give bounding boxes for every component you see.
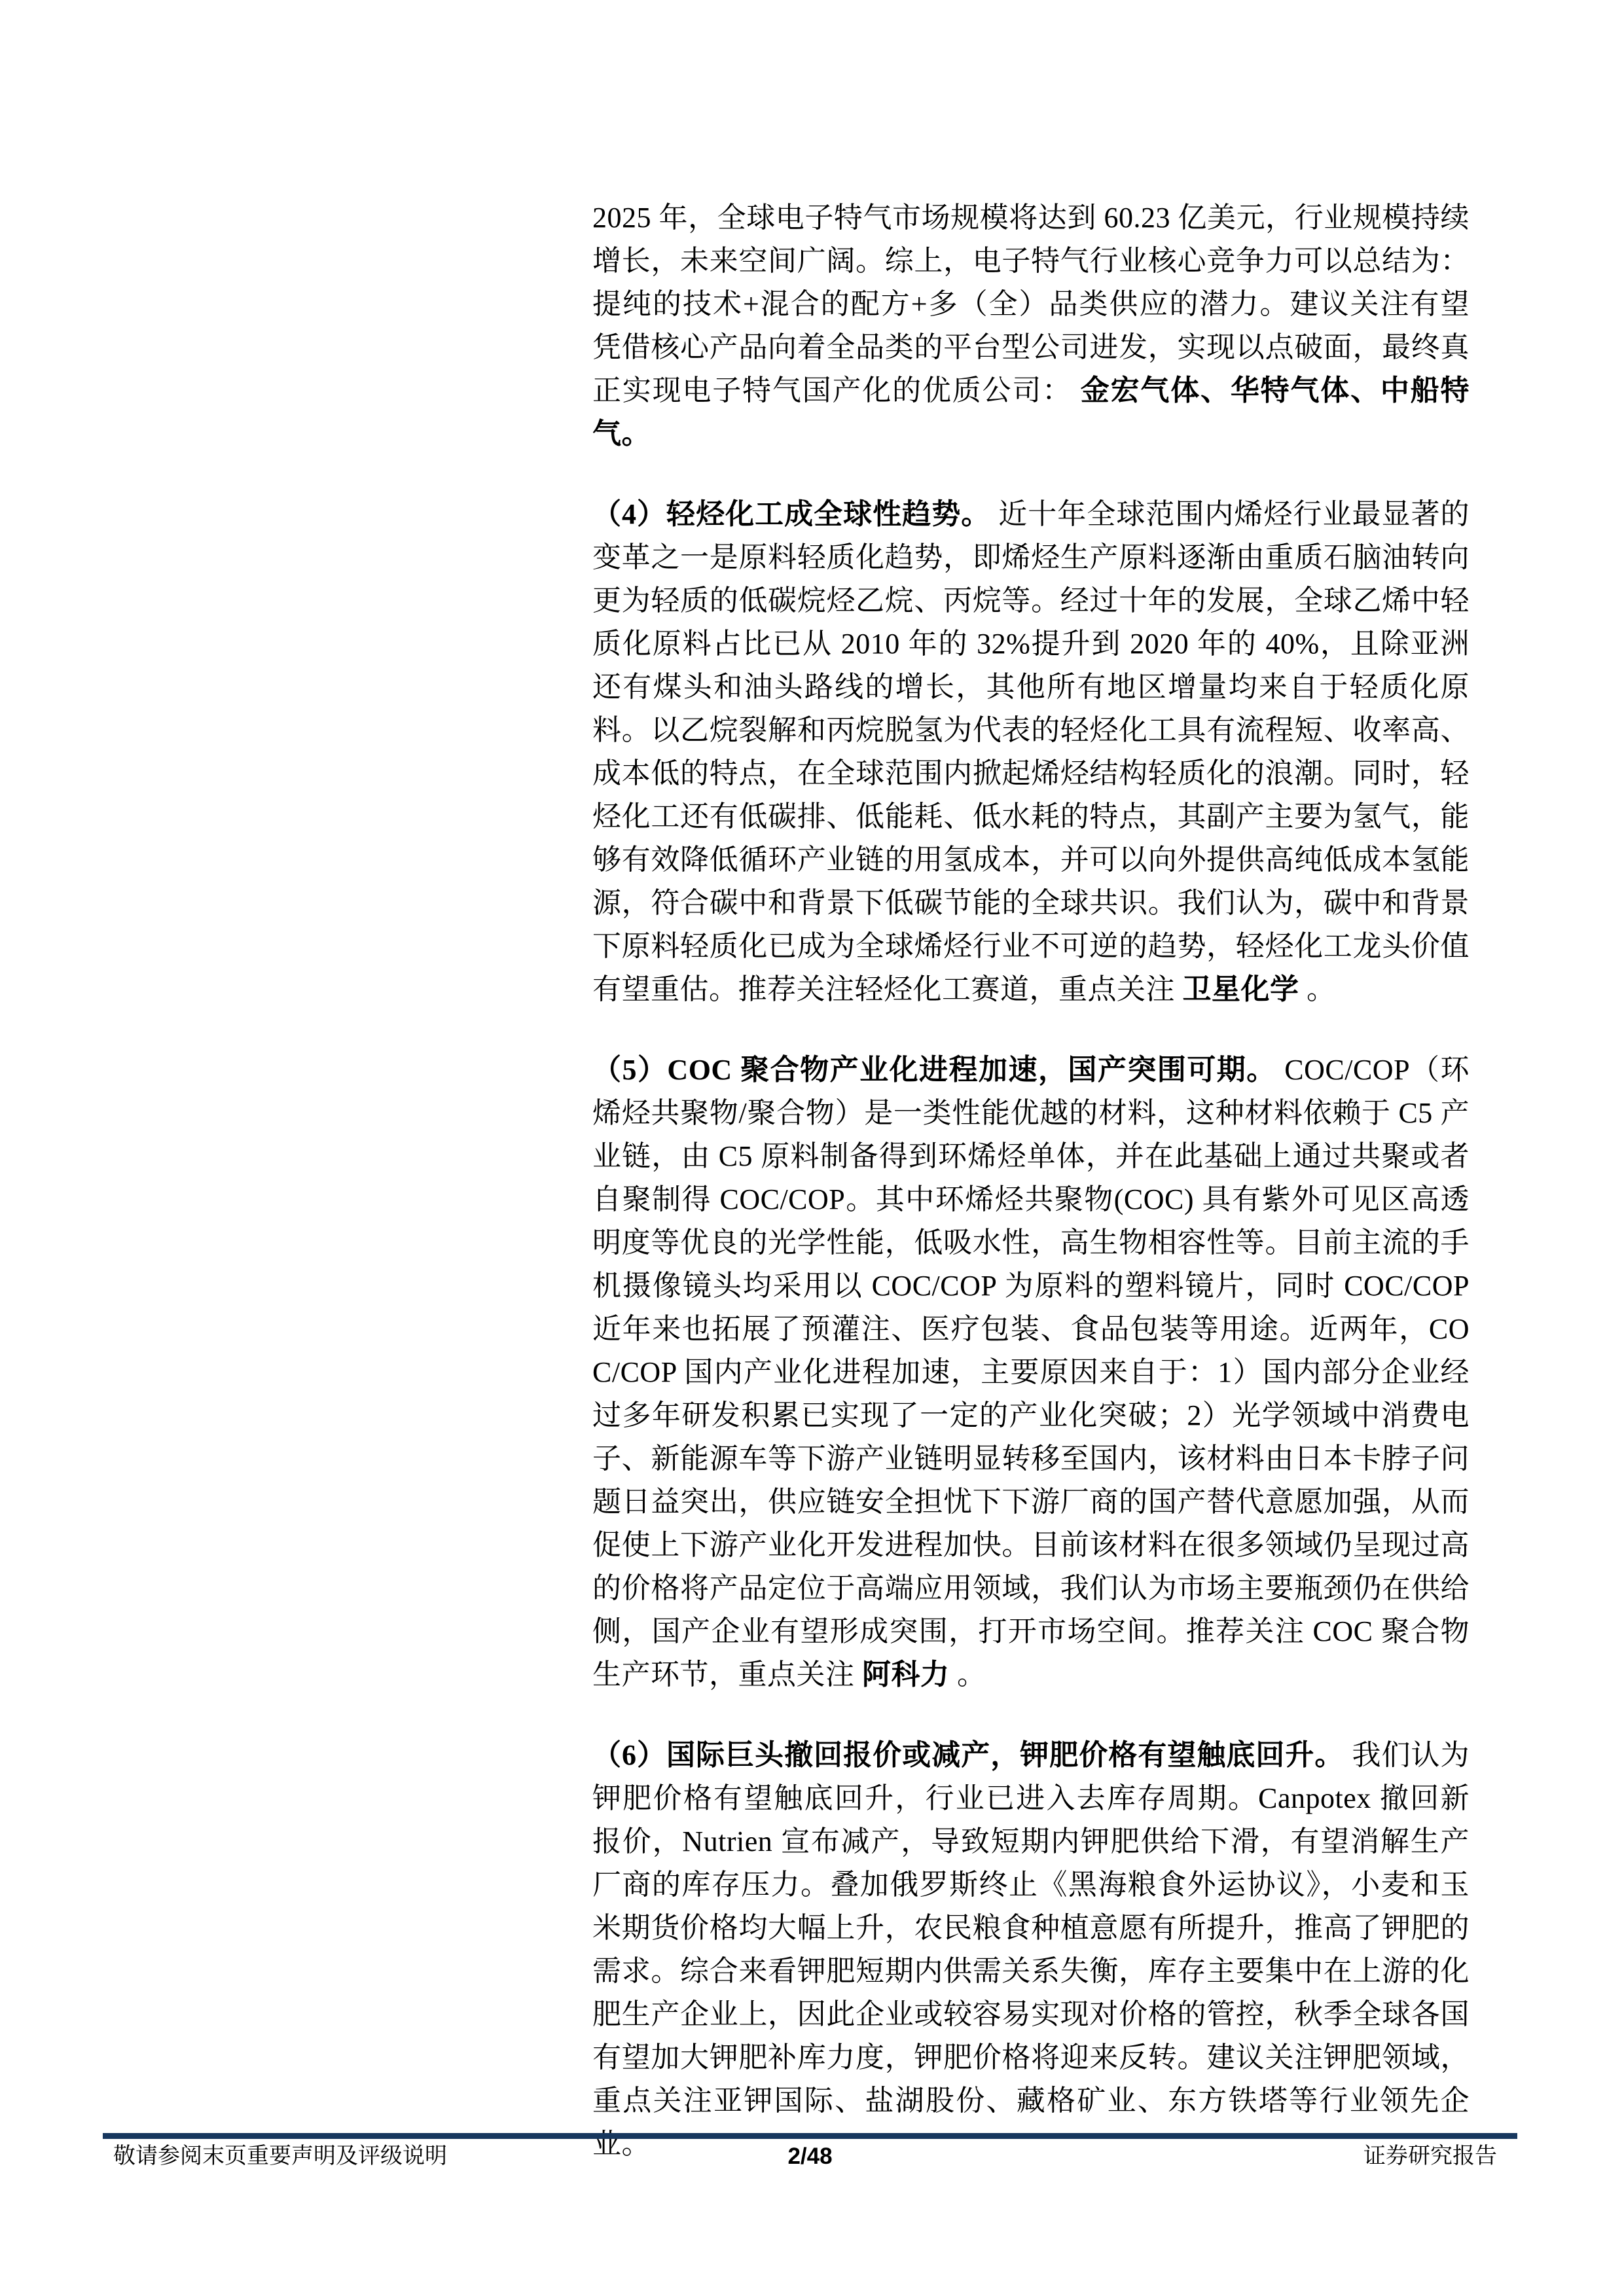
highlighted-stock-name: 卫星化学 <box>1183 973 1299 1005</box>
paragraph-heading: （6）国际巨头撤回报价或减产，钾肥价格有望触底回升。 <box>592 1739 1344 1771</box>
footer-report-type: 证券研究报告 <box>1363 2142 1497 2172</box>
paragraph-light-hydrocarbon: （4）轻烃化工成全球性趋势。 近十年全球范围内烯烃行业最显著的变革之一是原料轻质… <box>592 493 1470 1011</box>
report-body: 2025 年，全球电子特气市场规模将达到 60.23 亿美元，行业规模持续增长，… <box>592 196 1470 2203</box>
page-number: 2/48 <box>103 2142 1517 2172</box>
page-footer: 敬请参阅末页重要声明及评级说明 2/48 证券研究报告 <box>103 2142 1517 2172</box>
paragraph-heading: （5）COC 聚合物产业化进程加速，国产突围可期。 <box>592 1054 1276 1086</box>
highlighted-stock-name: 阿科力 <box>862 1659 950 1691</box>
paragraph-text: 近十年全球范围内烯烃行业最显著的变革之一是原料轻质化趋势，即烯烃生产原料逐渐由重… <box>592 498 1470 1005</box>
paragraph-text: 。 <box>957 1659 986 1691</box>
paragraph-electronic-specialty-gas: 2025 年，全球电子特气市场规模将达到 60.23 亿美元，行业规模持续增长，… <box>592 196 1470 456</box>
paragraph-text: 我们认为钾肥价格有望触底回升，行业已进入去库存周期。Canpotex 撤回新报价… <box>592 1739 1470 2160</box>
footer-rule <box>103 2133 1517 2139</box>
paragraph-coc-polymer: （5）COC 聚合物产业化进程加速，国产突围可期。 COC/COP（环烯烃共聚物… <box>592 1049 1470 1696</box>
paragraph-potash: （6）国际巨头撤回报价或减产，钾肥价格有望触底回升。 我们认为钾肥价格有望触底回… <box>592 1734 1470 2166</box>
paragraph-text: 。 <box>1307 973 1336 1005</box>
paragraph-text: COC/COP（环烯烃共聚物/聚合物）是一类性能优越的材料，这种材料依赖于 C5… <box>592 1054 1470 1691</box>
paragraph-heading: （4）轻烃化工成全球性趋势。 <box>592 498 990 530</box>
report-page: 2025 年，全球电子特气市场规模将达到 60.23 亿美元，行业规模持续增长，… <box>0 0 1624 2296</box>
